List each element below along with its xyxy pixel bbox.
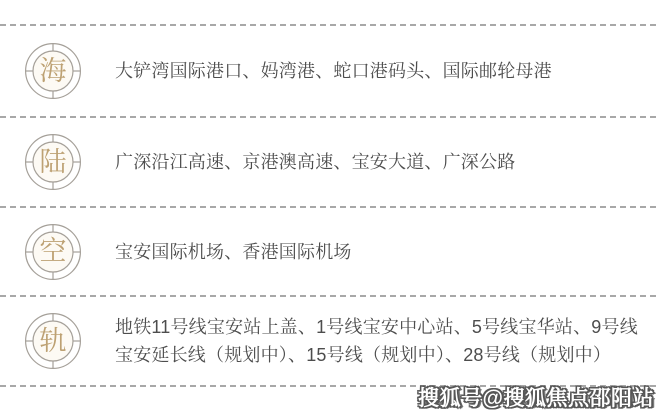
rail-icon: 轨 — [24, 312, 82, 370]
air-icon: 空 — [24, 223, 82, 281]
sea-icon: 海 — [24, 42, 82, 100]
transport-row-land: 陆 广深沿江高速、京港澳高速、宝安大道、广深公路 — [0, 118, 660, 206]
air-routes-text: 宝安国际机场、香港国际机场 — [115, 238, 643, 266]
sea-character: 海 — [24, 42, 82, 100]
rail-routes-text: 地铁11号线宝安站上盖、1号线宝安中心站、5号线宝华站、9号线宝安延长线（规划中… — [115, 313, 643, 369]
transport-row-air: 空 宝安国际机场、香港国际机场 — [0, 208, 660, 295]
watermark-text: 搜狐号@搜狐焦点邵阳站 — [418, 382, 654, 412]
land-character: 陆 — [24, 133, 82, 191]
transport-infographic: 海 大铲湾国际港口、妈湾港、蛇口港码头、国际邮轮母港 陆 广深沿江高速、京港澳高… — [0, 0, 660, 414]
transport-row-sea: 海 大铲湾国际港口、妈湾港、蛇口港码头、国际邮轮母港 — [0, 26, 660, 116]
air-character: 空 — [24, 223, 82, 281]
transport-row-rail: 轨 地铁11号线宝安站上盖、1号线宝安中心站、5号线宝华站、9号线宝安延长线（规… — [0, 297, 660, 385]
rail-character: 轨 — [24, 312, 82, 370]
land-routes-text: 广深沿江高速、京港澳高速、宝安大道、广深公路 — [115, 148, 643, 176]
land-icon: 陆 — [24, 133, 82, 191]
sea-routes-text: 大铲湾国际港口、妈湾港、蛇口港码头、国际邮轮母港 — [115, 57, 643, 85]
